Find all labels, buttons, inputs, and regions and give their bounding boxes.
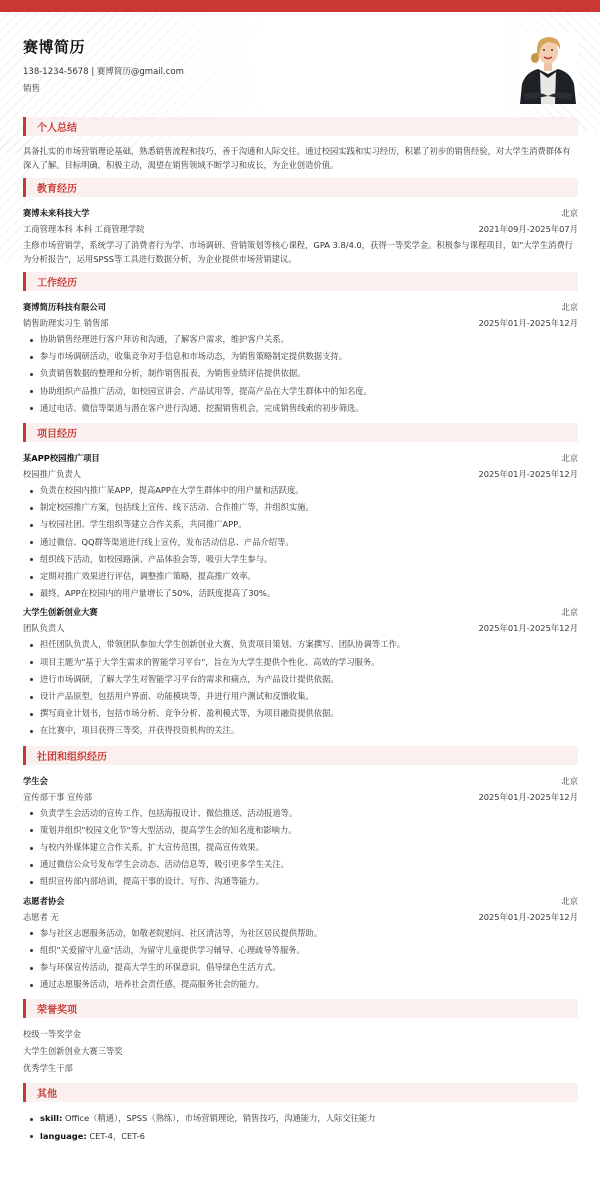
avatar (518, 32, 578, 104)
resume-content: 个人总结 具备扎实的市场营销理论基础，熟悉销售流程和技巧，善于沟通和人际交往。通… (23, 117, 578, 1151)
other-bullets: skill: Office（精通），SPSS（熟练），市场营销理论，销售技巧，沟… (23, 1110, 578, 1144)
school-name: 赛博未来科技大学 (23, 205, 89, 221)
organization-name: 学生会 (23, 773, 48, 789)
skill-item: skill: Office（精通），SPSS（熟练），市场营销理论，销售技巧，沟… (23, 1110, 578, 1127)
list-item: 组织线下活动，如校园路演、产品体验会等，吸引大学生参与。 (23, 551, 578, 568)
section-work: 工作经历 赛博简历科技有限公司北京 销售助理实习生 销售部2025年01月-20… (23, 272, 578, 417)
list-item: 负责销售数据的整理和分析，制作销售报表，为销售业绩评估提供依据。 (23, 365, 578, 382)
section-other: 其他 skill: Office（精通），SPSS（熟练），市场营销理论，销售技… (23, 1083, 578, 1144)
list-item: 项目主题为"基于大学生需求的智能学习平台"，旨在为大学生提供个性化、高效的学习服… (23, 654, 578, 671)
section-title: 社团和组织经历 (23, 746, 578, 765)
section-title: 工作经历 (23, 272, 578, 291)
contact-line: 138-1234-5678 | 赛博简历@gmail.com (23, 65, 184, 77)
resume-header: 赛博简历 138-1234-5678 | 赛博简历@gmail.com 销售 (23, 36, 184, 94)
section-title: 项目经历 (23, 423, 578, 442)
list-item: 担任团队负责人，带领团队参加大学生创新创业大赛，负责项目策划、方案撰写、团队协调… (23, 636, 578, 653)
award-item: 大学生创新创业大赛三等奖 (23, 1043, 578, 1060)
location: 北京 (561, 299, 578, 315)
section-title: 其他 (23, 1083, 578, 1102)
list-item: 与校园社团、学生组织等建立合作关系，共同推广APP。 (23, 516, 578, 533)
list-item: 参与市场调研活动，收集竞争对手信息和市场动态，为销售策略制定提供数据支持。 (23, 348, 578, 365)
period: 2025年01月-2025年12月 (478, 789, 578, 805)
organization-role: 宣传部干事 宣传部 (23, 789, 92, 805)
project-name: 大学生创新创业大赛 (23, 604, 98, 620)
target-role: 销售 (23, 82, 184, 94)
list-item: 组织宣传部内部培训，提高干事的设计、写作、沟通等能力。 (23, 873, 578, 890)
list-item: 通过微信、QQ群等渠道进行线上宣传，发布活动信息、产品介绍等。 (23, 534, 578, 551)
organization-bullets: 参与社区志愿服务活动，如敬老院慰问、社区清洁等，为社区居民提供帮助。 组织"关爱… (23, 925, 578, 994)
profile-photo-icon (518, 32, 578, 104)
phone: 138-1234-5678 (23, 67, 89, 77)
project-role: 团队负责人 (23, 620, 65, 636)
award-item: 校级一等奖学金 (23, 1026, 578, 1043)
location: 北京 (561, 773, 578, 789)
award-item: 优秀学生干部 (23, 1060, 578, 1077)
work-bullets: 协助销售经理进行客户拜访和沟通，了解客户需求，维护客户关系。 参与市场调研活动，… (23, 331, 578, 417)
location: 北京 (561, 893, 578, 909)
section-summary: 个人总结 具备扎实的市场营销理论基础，熟悉销售流程和技巧，善于沟通和人际交往。通… (23, 117, 578, 172)
project-name: 某APP校园推广项目 (23, 450, 100, 466)
list-item: 设计产品原型，包括用户界面、功能模块等，并进行用户测试和反馈收集。 (23, 688, 578, 705)
project-role: 校园推广负责人 (23, 466, 81, 482)
list-item: 通过电话、微信等渠道与潜在客户进行沟通，挖掘销售机会，完成销售线索的初步筛选。 (23, 400, 578, 417)
list-item: 参与环保宣传活动，提高大学生的环保意识，倡导绿色生活方式。 (23, 959, 578, 976)
list-item: 撰写商业计划书，包括市场分析、竞争分析、盈利模式等，为项目融资提供依据。 (23, 705, 578, 722)
degree: 工商管理本科 本科 工商管理学院 (23, 221, 144, 237)
period: 2025年01月-2025年12月 (478, 909, 578, 925)
email: 赛博简历@gmail.com (97, 67, 184, 77)
company-name: 赛博简历科技有限公司 (23, 299, 106, 315)
section-projects: 项目经历 某APP校园推广项目北京 校园推广负责人2025年01月-2025年1… (23, 423, 578, 740)
project-entry: 某APP校园推广项目北京 校园推广负责人2025年01月-2025年12月 负责… (23, 450, 578, 602)
list-item: 在比赛中，项目获得三等奖，并获得投资机构的关注。 (23, 722, 578, 739)
location: 北京 (561, 205, 578, 221)
section-organizations: 社团和组织经历 学生会北京 宣传部干事 宣传部2025年01月-2025年12月… (23, 746, 578, 994)
list-item: 负责在校园内推广某APP，提高APP在大学生群体中的用户量和活跃度。 (23, 482, 578, 499)
section-awards: 荣誉奖项 校级一等奖学金 大学生创新创业大赛三等奖 优秀学生干部 (23, 999, 578, 1077)
language-item: language: CET-4，CET-6 (23, 1128, 578, 1145)
education-description: 主修市场营销学，系统学习了消费者行为学、市场调研、营销策划等核心课程，GPA 3… (23, 238, 578, 266)
section-education: 教育经历 赛博未来科技大学北京 工商管理本科 本科 工商管理学院2021年09月… (23, 178, 578, 266)
list-item: 负责学生会活动的宣传工作，包括海报设计、微信推送、活动报道等。 (23, 805, 578, 822)
list-item: 与校内外媒体建立合作关系，扩大宣传范围，提高宣传效果。 (23, 839, 578, 856)
list-item: 组织"关爱留守儿童"活动，为留守儿童提供学习辅导、心理疏导等服务。 (23, 942, 578, 959)
list-item: 进行市场调研，了解大学生对智能学习平台的需求和痛点，为产品设计提供依据。 (23, 671, 578, 688)
list-item: 通过微信公众号发布学生会动态、活动信息等，吸引更多学生关注。 (23, 856, 578, 873)
organization-bullets: 负责学生会活动的宣传工作，包括海报设计、微信推送、活动报道等。 策划并组织"校园… (23, 805, 578, 891)
period: 2025年01月-2025年12月 (478, 466, 578, 482)
organization-role: 志愿者 无 (23, 909, 59, 925)
candidate-name: 赛博简历 (23, 36, 184, 57)
list-item: 制定校园推广方案，包括线上宣传、线下活动、合作推广等，并组织实施。 (23, 499, 578, 516)
organization-name: 志愿者协会 (23, 893, 65, 909)
top-accent-bar (0, 0, 600, 12)
contact-separator: | (89, 67, 97, 77)
list-item: 最终，APP在校园内的用户量增长了50%，活跃度提高了30%。 (23, 585, 578, 602)
project-bullets: 担任团队负责人，带领团队参加大学生创新创业大赛，负责项目策划、方案撰写、团队协调… (23, 636, 578, 739)
section-title: 教育经历 (23, 178, 578, 197)
project-entry: 大学生创新创业大赛北京 团队负责人2025年01月-2025年12月 担任团队负… (23, 604, 578, 739)
work-entry: 赛博简历科技有限公司北京 销售助理实习生 销售部2025年01月-2025年12… (23, 299, 578, 417)
period: 2025年01月-2025年12月 (478, 315, 578, 331)
position: 销售助理实习生 销售部 (23, 315, 109, 331)
location: 北京 (561, 604, 578, 620)
list-item: 定期对推广效果进行评估，调整推广策略，提高推广效率。 (23, 568, 578, 585)
period: 2021年09月-2025年07月 (478, 221, 578, 237)
section-title: 荣誉奖项 (23, 999, 578, 1018)
education-entry: 赛博未来科技大学北京 工商管理本科 本科 工商管理学院2021年09月-2025… (23, 205, 578, 266)
organization-entry: 志愿者协会北京 志愿者 无2025年01月-2025年12月 参与社区志愿服务活… (23, 893, 578, 994)
list-item: 参与社区志愿服务活动，如敬老院慰问、社区清洁等，为社区居民提供帮助。 (23, 925, 578, 942)
list-item: 协助组织产品推广活动，如校园宣讲会、产品试用等，提高产品在大学生群体中的知名度。 (23, 383, 578, 400)
period: 2025年01月-2025年12月 (478, 620, 578, 636)
list-item: 通过志愿服务活动，培养社会责任感，提高服务社会的能力。 (23, 976, 578, 993)
organization-entry: 学生会北京 宣传部干事 宣传部2025年01月-2025年12月 负责学生会活动… (23, 773, 578, 891)
list-item: 协助销售经理进行客户拜访和沟通，了解客户需求，维护客户关系。 (23, 331, 578, 348)
location: 北京 (561, 450, 578, 466)
project-bullets: 负责在校园内推广某APP，提高APP在大学生群体中的用户量和活跃度。 制定校园推… (23, 482, 578, 602)
list-item: 策划并组织"校园文化节"等大型活动，提高学生会的知名度和影响力。 (23, 822, 578, 839)
section-title: 个人总结 (23, 117, 578, 136)
summary-text: 具备扎实的市场营销理论基础，熟悉销售流程和技巧，善于沟通和人际交往。通过校园实践… (23, 144, 578, 172)
